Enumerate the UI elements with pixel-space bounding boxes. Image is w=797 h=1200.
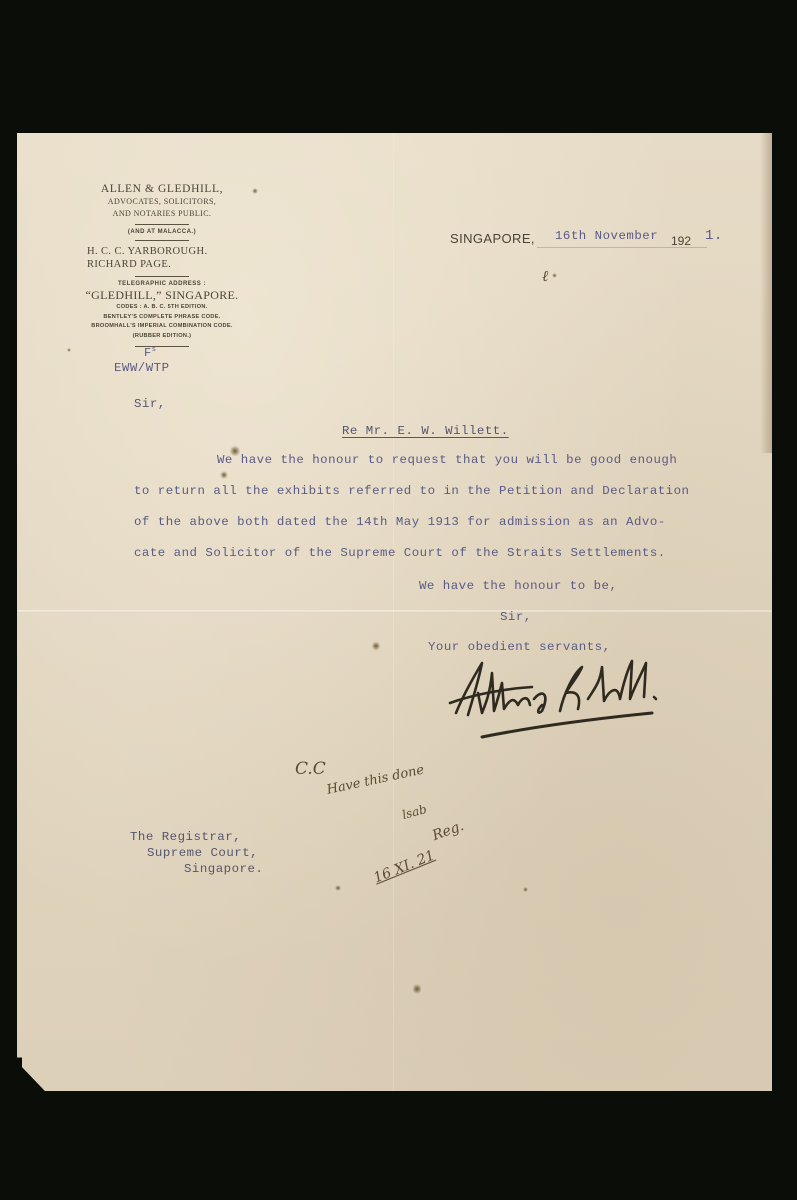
body-line: of the above both dated the 14th May 191… xyxy=(134,515,666,529)
codes-3: BROOMHALL'S IMPERIAL COMBINATION CODE. xyxy=(72,322,252,332)
letterhead-divider xyxy=(135,240,189,241)
handwritten-margin-mark: ℓ xyxy=(542,267,548,286)
closing-line-3: Your obedient servants, xyxy=(428,640,611,654)
firm-description-2: AND NOTARIES PUBLIC. xyxy=(72,209,252,219)
firm-name: ALLEN & GLEDHILL, xyxy=(72,183,252,195)
place: SINGAPORE, xyxy=(450,231,535,246)
telegraphic-label: TELEGRAPHIC ADDRESS : xyxy=(72,281,252,287)
addressee-line-2: Supreme Court, xyxy=(147,846,258,860)
stain-spot xyxy=(230,445,240,457)
stain-spot xyxy=(523,887,528,892)
stain-spot xyxy=(335,885,341,891)
stain-spot xyxy=(552,273,557,278)
letterhead-divider xyxy=(135,224,189,225)
addressee-line-3: Singapore. xyxy=(184,862,263,876)
letterhead: ALLEN & GLEDHILL, ADVOCATES, SOLICITORS,… xyxy=(72,183,252,351)
firm-description-1: ADVOCATES, SOLICITORS, xyxy=(72,197,252,207)
body-line: to return all the exhibits referred to i… xyxy=(134,484,690,498)
signature: Allen & Gledhill. xyxy=(442,653,682,743)
stain-spot xyxy=(413,983,421,995)
codes-1: CODES : A. B. C. 5TH EDITION. xyxy=(72,303,252,313)
horizontal-fold-line xyxy=(17,610,772,613)
codes-4: (RUBBER EDITION.) xyxy=(72,332,252,342)
subject-line: Re Mr. E. W. Willett. xyxy=(342,424,509,438)
partner-2: RICHARD PAGE. xyxy=(87,258,252,271)
stain-spot xyxy=(252,188,258,194)
vertical-fold-line xyxy=(393,133,394,1091)
year-printed: 192 xyxy=(671,234,691,248)
closing-line-1: We have the honour to be, xyxy=(419,579,617,593)
closing-line-2: Sir, xyxy=(500,610,532,624)
reference-initials: EWW/WTP xyxy=(114,361,170,375)
partner-names: H. C. C. YARBOROUGH. RICHARD PAGE. xyxy=(72,245,252,271)
stain-spot xyxy=(220,471,228,479)
salutation: Sir, xyxy=(134,397,166,411)
letterhead-divider xyxy=(135,276,189,277)
body-line: We have the honour to request that you w… xyxy=(217,453,677,467)
stain-spot xyxy=(67,348,71,352)
annotation-instruction: Have this done xyxy=(325,763,425,798)
branch-note: (AND AT MALACCA.) xyxy=(72,229,252,235)
codes-2: BENTLEY'S COMPLETE PHRASE CODE. xyxy=(72,313,252,323)
addressee-line-1: The Registrar, xyxy=(130,830,241,844)
paper-edge-shadow xyxy=(760,133,772,453)
body-line: cate and Solicitor of the Supreme Court … xyxy=(134,546,666,560)
stain-spot xyxy=(372,641,380,651)
reference-mark: Fs xyxy=(144,346,156,360)
annotation-initials: lsab xyxy=(401,802,429,822)
telegraphic-address: “GLEDHILL,” SINGAPORE. xyxy=(72,288,252,303)
partner-1: H. C. C. YARBOROUGH. xyxy=(87,245,252,258)
year-typed: 1. xyxy=(705,228,723,244)
annotation-reg: Reg. xyxy=(430,818,466,844)
letter-page: ALLEN & GLEDHILL, ADVOCATES, SOLICITORS,… xyxy=(17,133,772,1091)
date-typed: 16th November xyxy=(555,229,658,243)
annotation-date: 16 XI. 21 xyxy=(371,848,437,887)
annotation-cc: C.C xyxy=(295,759,326,779)
